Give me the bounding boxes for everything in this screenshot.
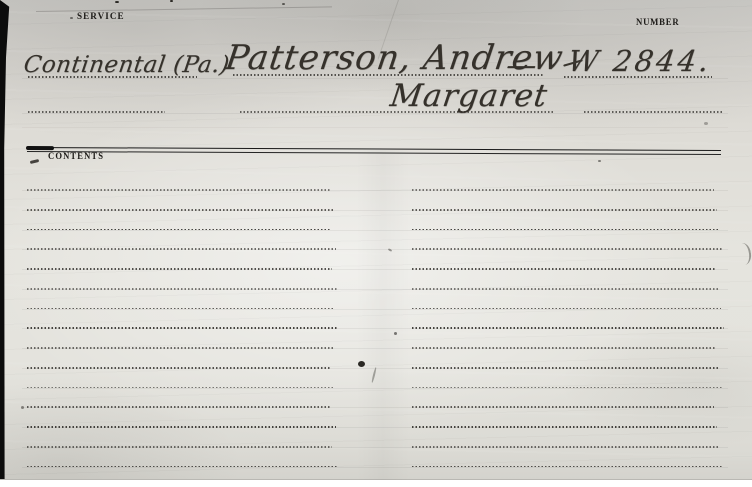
contents-line [27,189,330,191]
contents-line [412,229,720,231]
contents-line [412,268,715,270]
center-fold-band [356,150,410,480]
contents-line [412,189,714,191]
contents-line [412,367,719,369]
contents-line [412,308,721,310]
contents-line [412,446,720,448]
number-label: NUMBER [636,17,679,27]
contents-line [412,426,717,428]
contents-line [27,466,337,468]
scan-line-ghost [22,113,728,114]
contents-line [27,327,338,329]
contents-line [412,466,723,468]
scan-speck [282,3,285,5]
handwritten-number-entry: W 2844. [566,44,714,78]
contents-line [27,209,335,211]
contents-line [27,387,335,389]
contents-line [27,446,332,448]
scan-speck [21,406,24,409]
scan-speck [704,122,708,125]
contents-label: CONTENTS [48,151,104,161]
contents-line [27,268,332,270]
scan-line-ghost [22,78,728,79]
ink-dot [358,361,365,367]
contents-line [412,248,723,250]
handwritten-widow-name-entry: Margaret [388,78,550,114]
contents-line [27,426,336,428]
contents-line [412,209,717,211]
contents-line [412,387,722,389]
service-entry-rule [28,111,165,113]
contents-line [412,347,716,349]
contents-line [27,248,336,250]
scan-speck [115,1,119,3]
contents-line [27,367,330,369]
service-label: SERVICE [77,12,125,22]
scan-line-ghost [22,127,728,128]
contents-line [27,406,331,408]
contents-line [27,308,333,310]
scan-speck [70,17,73,19]
number-entry-rule [584,111,723,113]
contents-line [412,406,714,408]
scan-speck [598,160,601,162]
scan-speck [170,0,173,2]
contents-line [412,288,718,290]
scan-speck [394,332,397,335]
contents-line [412,327,724,329]
contents-line [27,347,334,349]
handwritten-service-entry: Continental (Pa.) [22,52,231,78]
contents-line [27,288,337,290]
scanned-page: SERVICE NUMBER Continental (Pa.) Patters… [0,0,752,487]
contents-line [27,229,331,231]
pension-index-card: SERVICE NUMBER Continental (Pa.) Patters… [0,0,752,480]
